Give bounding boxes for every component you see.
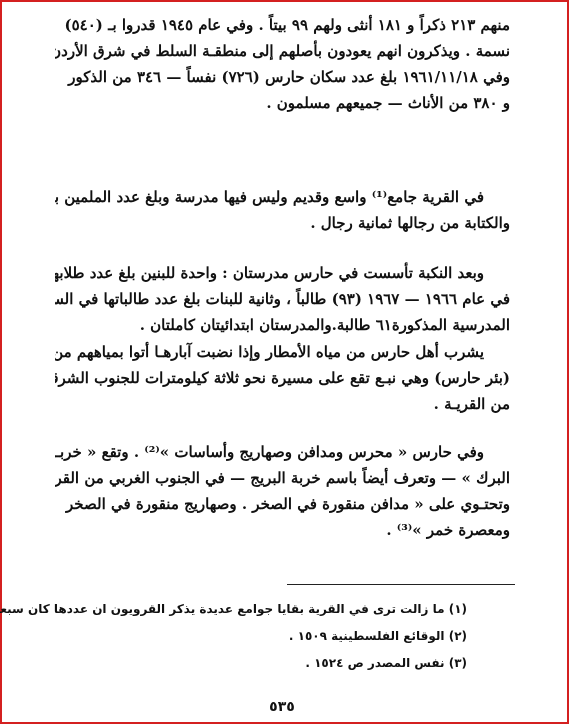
paragraph-water: يشرب أهل حارس من مياه الأمطار وإذا نضبت …: [55, 339, 510, 417]
text-line: منهم ٢١٣ ذكراً و ١٨١ أنثى ولهم ٩٩ بيتاً …: [55, 12, 510, 38]
text-line: وفي حارس « محرس ومدافن وصهاريج وأساسات »…: [55, 439, 510, 465]
footnotes: (١) ما زالت ترى في القرية بقايا جوامع عد…: [47, 599, 467, 680]
text-line: نسمة . ويذكرون انهم يعودون بأصلهم إلى من…: [55, 38, 510, 64]
text-line: في القرية جامع⁽¹⁾ واسع وقديم وليس فيها م…: [55, 184, 510, 210]
paragraph-antiquities: وفي حارس « محرس ومدافن وصهاريج وأساسات »…: [55, 439, 510, 543]
paragraph-schools: وبعد النكبة تأسست في حارس مدرستان : واحد…: [55, 260, 510, 338]
text-line: و ٣٨٠ من الأناث — جميعهم مسلمون .: [55, 90, 510, 116]
text-line: ومعصرة خمر »⁽³⁾ .: [55, 517, 510, 543]
footnote-3: (٣) نفس المصدر ص ١٥٢٤ .: [47, 653, 467, 680]
text-line: المدرسية المذكورة٦١ طالبة.والمدرستان ابت…: [55, 312, 510, 338]
text-line: يشرب أهل حارس من مياه الأمطار وإذا نضبت …: [55, 339, 510, 365]
page-number: ٥٣٥: [242, 699, 322, 715]
text-line: من القريـة .: [55, 391, 510, 417]
footnote-divider: [287, 584, 515, 585]
text-line: في عام ١٩٦٦ — ١٩٦٧ (٩٣) طالباً ، وثانية …: [55, 286, 510, 312]
text-line: وتحتـوي على « مدافن منقورة في الصخر . وص…: [55, 491, 510, 517]
text-line: (بئر حارس) وهي نبـع تقع على مسيرة نحو ثل…: [55, 365, 510, 391]
text-line: البرك » — وتعرف أيضاً باسم خربة البريج —…: [55, 465, 510, 491]
paragraph-mosque: في القرية جامع⁽¹⁾ واسع وقديم وليس فيها م…: [55, 184, 510, 236]
text-line: والكتابة من رجالها ثمانية رجال .: [55, 210, 510, 236]
footnote-1: (١) ما زالت ترى في القرية بقايا جوامع عد…: [47, 599, 467, 626]
text-line: وبعد النكبة تأسست في حارس مدرستان : واحد…: [55, 260, 510, 286]
text-line: وفي ١٩٦١/١١/١٨ بلغ عدد سكان حارس (٧٢٦) ن…: [55, 64, 510, 90]
footnote-2: (٢) الوقائع الفلسطينية ١٥٠٩ .: [47, 626, 467, 653]
paragraph-population: منهم ٢١٣ ذكراً و ١٨١ أنثى ولهم ٩٩ بيتاً …: [55, 12, 510, 116]
document-page: منهم ٢١٣ ذكراً و ١٨١ أنثى ولهم ٩٩ بيتاً …: [0, 0, 569, 724]
